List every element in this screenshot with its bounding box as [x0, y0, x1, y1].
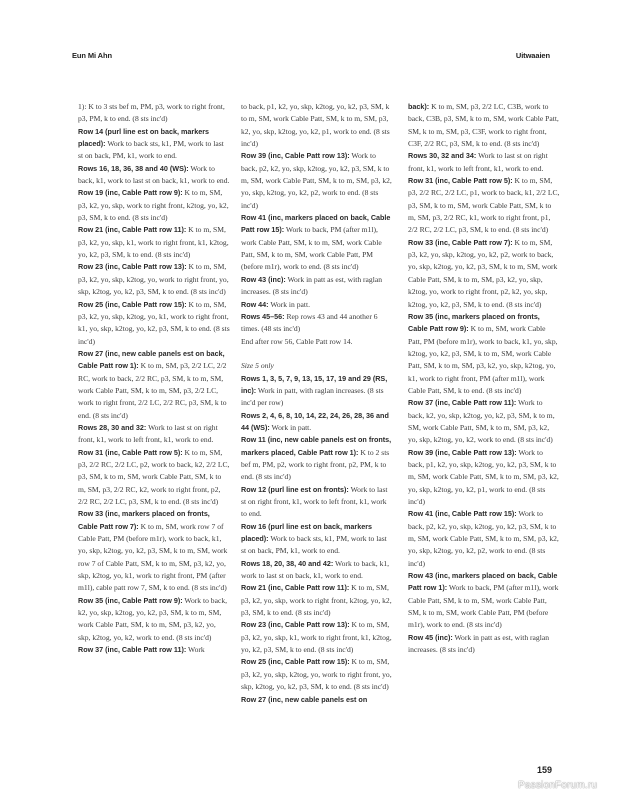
instruction-paragraph: Row 21 (inc, Cable Patt row 11): K to m,…: [241, 582, 393, 619]
instruction-paragraph: Row 35 (inc, Cable Patt row 9): Work to …: [78, 595, 230, 644]
row-label: Row 31 (inc, Cable Patt row 5):: [408, 176, 513, 185]
row-instruction-text: K to m, SM, work Cable Patt, PM (before …: [408, 324, 558, 395]
instruction-paragraph: Rows 16, 18, 36, 38 and 40 (WS): Work to…: [78, 163, 230, 188]
row-instruction-text: Work: [186, 645, 204, 654]
watermark: PassionForum.ru: [518, 780, 597, 791]
instruction-paragraph: Rows 18, 20, 38, 40 and 42: Work to back…: [241, 558, 393, 583]
column-2: to back, p1, k2, yo, skp, k2tog, yo, k2,…: [241, 101, 393, 706]
instruction-paragraph: Row 43 (inc, markers placed on back, Cab…: [408, 570, 560, 632]
instruction-paragraph: Row 27 (inc, new cable panels est on: [241, 694, 393, 706]
row-label: Row 21 (inc, Cable Patt row 11):: [241, 583, 349, 592]
paragraph-spacer: [241, 348, 393, 360]
row-label: Rows 30, 32 and 34:: [408, 151, 476, 160]
instruction-paragraph: Row 35 (inc, markers placed on fronts, C…: [408, 311, 560, 397]
row-label: Row 39 (inc, Cable Patt row 13):: [408, 448, 517, 457]
instruction-paragraph: Row 31 (inc, Cable Patt row 5): K to m, …: [408, 175, 560, 237]
row-label: Row 39 (inc, Cable Patt row 13):: [241, 151, 350, 160]
instruction-paragraph: Row 45 (inc): Work in patt as est, with …: [408, 632, 560, 657]
row-instruction-text: Work in patt, with raglan increases. (8 …: [241, 386, 384, 407]
row-label: Row 41 (inc, Cable Patt row 15):: [408, 509, 517, 518]
page-number: 159: [537, 765, 552, 775]
instruction-paragraph: Row 33 (inc, Cable Patt row 7): K to m, …: [408, 237, 560, 311]
instruction-paragraph: to back, p1, k2, yo, skp, k2tog, yo, k2,…: [241, 101, 393, 150]
instruction-paragraph: End after row 56, Cable Patt row 14.: [241, 336, 393, 348]
row-label: Row 12 (purl line est on fronts):: [241, 485, 349, 494]
row-instruction-text: Size 5 only: [241, 361, 274, 370]
instruction-paragraph: Row 14 (purl line est on back, markers p…: [78, 126, 230, 163]
row-label: Row 43 (inc):: [241, 275, 286, 284]
row-instruction-text: 1): K to 3 sts bef m, PM, p3, work to ri…: [78, 102, 225, 123]
row-label: Row 37 (inc, Cable Patt row 11):: [78, 645, 186, 654]
row-instruction-text: Work in patt.: [269, 300, 310, 309]
row-label: Row 25 (inc, Cable Patt row 15):: [78, 300, 187, 309]
instruction-paragraph: Row 37 (inc, Cable Patt row 11): Work to…: [408, 397, 560, 446]
instruction-paragraph: Row 25 (inc, Cable Patt row 15): K to m,…: [241, 656, 393, 693]
pattern-title: Uitwaaien: [516, 51, 550, 60]
running-header: Eun Mi Ahn Uitwaaien: [72, 51, 550, 65]
row-instruction-text: to back, p1, k2, yo, skp, k2tog, yo, k2,…: [241, 102, 390, 148]
instruction-paragraph: 1): K to 3 sts bef m, PM, p3, work to ri…: [78, 101, 230, 126]
row-instruction-text: End after row 56, Cable Patt row 14.: [241, 337, 353, 346]
row-instruction-text: K to m, SM, p3, 2/2 LC, C3B, work to bac…: [408, 102, 559, 148]
instruction-paragraph: Row 25 (inc, Cable Patt row 15): K to m,…: [78, 299, 230, 348]
instruction-paragraph: Row 33 (inc, markers placed on fronts, C…: [78, 508, 230, 594]
row-label: Row 33 (inc, Cable Patt row 7):: [408, 238, 513, 247]
instruction-paragraph: Row 43 (inc): Work in patt as est, with …: [241, 274, 393, 299]
row-label: Row 45 (inc):: [408, 633, 453, 642]
instruction-paragraph: Row 31 (inc, Cable Patt row 5): K to m, …: [78, 447, 230, 509]
instruction-paragraph: Row 27 (inc, new cable panels est on bac…: [78, 348, 230, 422]
column-1: 1): K to 3 sts bef m, PM, p3, work to ri…: [78, 101, 230, 656]
instruction-paragraph: Row 23 (inc, Cable Patt row 13): K to m,…: [78, 261, 230, 298]
instruction-paragraph: Row 19 (inc, Cable Patt row 9): K to m, …: [78, 187, 230, 224]
row-label: Row 37 (inc, Cable Patt row 11):: [408, 398, 516, 407]
instruction-paragraph: Row 41 (inc, Cable Patt row 15): Work to…: [408, 508, 560, 570]
row-label: Row 23 (inc, Cable Patt row 13):: [241, 620, 350, 629]
row-label: Rows 45–56:: [241, 312, 285, 321]
row-instruction-text: K to m, SM, work row 7 of Cable Patt, PM…: [78, 522, 227, 593]
row-label: Row 31 (inc, Cable Patt row 5):: [78, 448, 183, 457]
row-label: Row 19 (inc, Cable Patt row 9):: [78, 188, 183, 197]
instruction-paragraph: Row 12 (purl line est on fronts): Work t…: [241, 484, 393, 521]
instruction-paragraph: Row 39 (inc, Cable Patt row 13): Work to…: [241, 150, 393, 212]
row-label: Rows 18, 20, 38, 40 and 42:: [241, 559, 333, 568]
instruction-paragraph: Row 21 (inc, Cable Patt row 11): K to m,…: [78, 224, 230, 261]
row-label: Row 21 (inc, Cable Patt row 11):: [78, 225, 186, 234]
size-heading: Size 5 only: [241, 360, 393, 372]
instruction-paragraph: Rows 1, 3, 5, 7, 9, 13, 15, 17, 19 and 2…: [241, 373, 393, 410]
row-label: Rows 2, 4, 6, 8, 10, 14, 22, 24, 26, 28,…: [241, 411, 389, 432]
instruction-paragraph: Row 16 (purl line est on back, markers p…: [241, 521, 393, 558]
row-label: Row 44:: [241, 300, 269, 309]
row-instruction-text: Work in patt.: [270, 423, 311, 432]
row-label: Rows 16, 18, 36, 38 and 40 (WS):: [78, 164, 189, 173]
instruction-paragraph: Rows 28, 30 and 32: Work to last st on r…: [78, 422, 230, 447]
row-label: Rows 28, 30 and 32:: [78, 423, 146, 432]
instruction-paragraph: Row 11 (inc, new cable panels est on fro…: [241, 434, 393, 483]
column-3: back): K to m, SM, p3, 2/2 LC, C3B, work…: [408, 101, 560, 656]
instruction-paragraph: Row 23 (inc, Cable Patt row 13): K to m,…: [241, 619, 393, 656]
row-label: Row 35 (inc, Cable Patt row 9):: [78, 596, 183, 605]
row-label: Row 27 (inc, new cable panels est on: [241, 695, 367, 704]
instruction-paragraph: Row 37 (inc, Cable Patt row 11): Work: [78, 644, 230, 656]
row-instruction-text: K to m, SM, p3, k2, yo, skp, k2tog, yo, …: [408, 238, 557, 309]
instruction-paragraph: Rows 30, 32 and 34: Work to last st on r…: [408, 150, 560, 175]
instruction-paragraph: Rows 45–56: Rep rows 43 and 44 another 6…: [241, 311, 393, 336]
instruction-paragraph: Rows 2, 4, 6, 8, 10, 14, 22, 24, 26, 28,…: [241, 410, 393, 435]
row-label: back):: [408, 102, 429, 111]
instruction-paragraph: back): K to m, SM, p3, 2/2 LC, C3B, work…: [408, 101, 560, 150]
row-label: Row 23 (inc, Cable Patt row 13):: [78, 262, 187, 271]
instruction-paragraph: Row 44: Work in patt.: [241, 299, 393, 311]
instruction-paragraph: Row 41 (inc, markers placed on back, Cab…: [241, 212, 393, 274]
author-name: Eun Mi Ahn: [72, 51, 112, 60]
instruction-paragraph: Row 39 (inc, Cable Patt row 13): Work to…: [408, 447, 560, 509]
row-label: Row 25 (inc, Cable Patt row 15):: [241, 657, 350, 666]
